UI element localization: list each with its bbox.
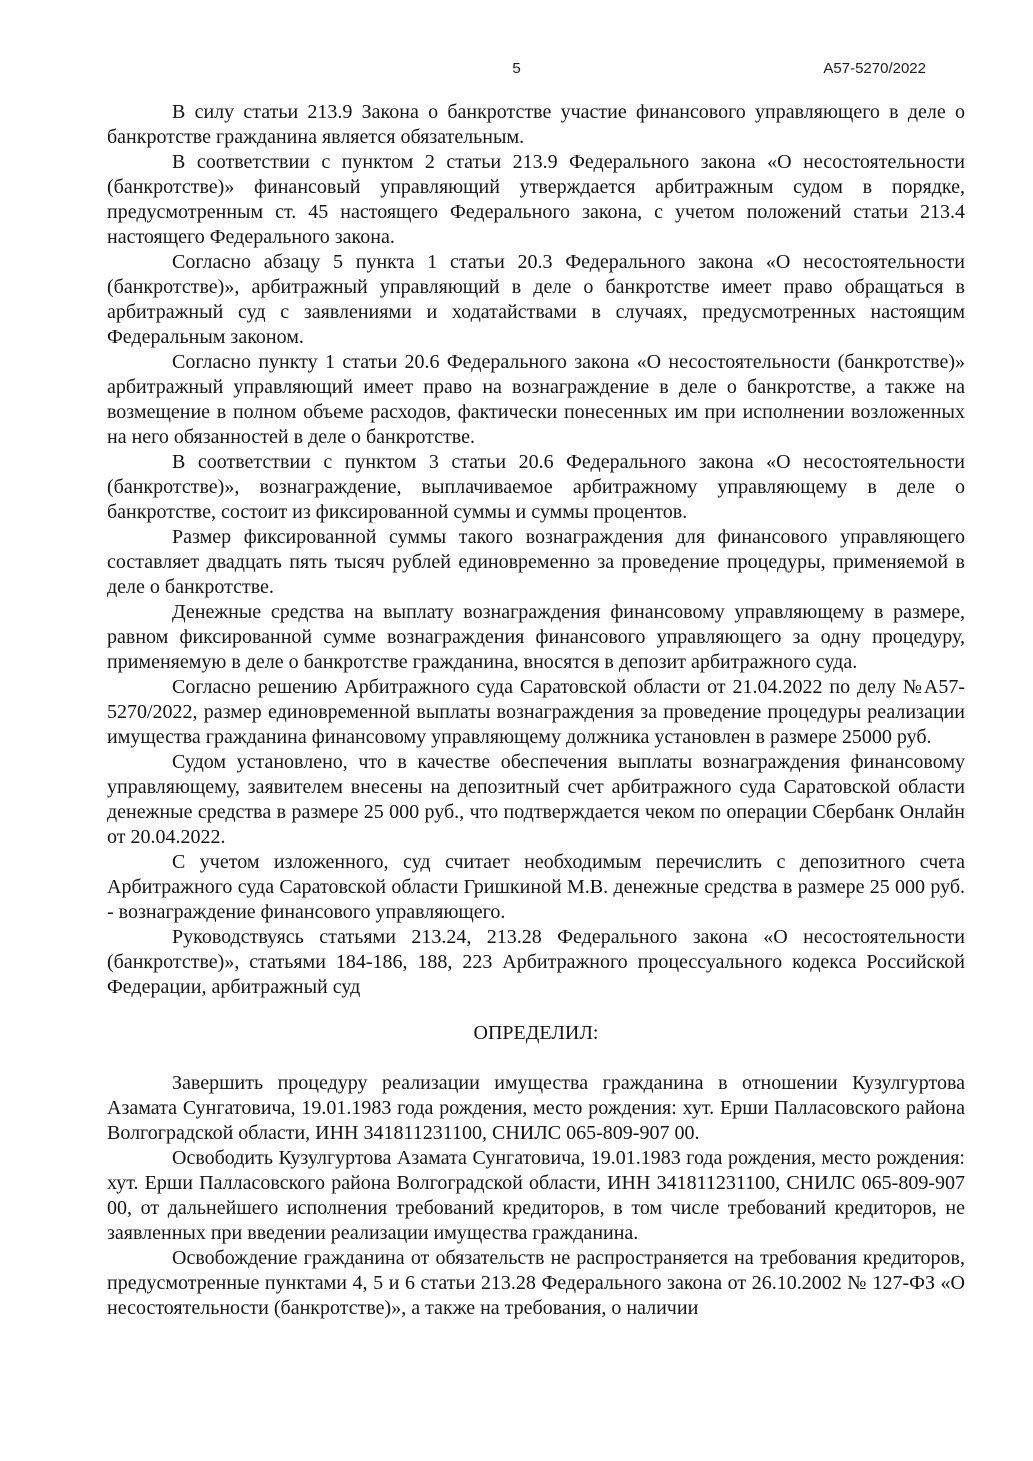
paragraph: Руководствуясь статьями 213.24, 213.28 Ф… — [107, 925, 965, 1000]
paragraph: С учетом изложенного, суд считает необхо… — [107, 850, 965, 925]
body-paragraphs: В силу статьи 213.9 Закона о банкротстве… — [107, 100, 965, 1000]
paragraph: Завершить процедуру реализации имущества… — [107, 1071, 965, 1146]
paragraph: Денежные средства на выплату вознагражде… — [107, 600, 965, 675]
document-page: 5 А57-5270/2022 В силу статьи 213.9 Зако… — [0, 0, 1033, 1461]
page-number: 5 — [512, 60, 520, 77]
paragraph: В силу статьи 213.9 Закона о банкротстве… — [107, 100, 965, 150]
paragraph: Размер фиксированной суммы такого вознаг… — [107, 525, 965, 600]
paragraph: Судом установлено, что в качестве обеспе… — [107, 750, 965, 850]
paragraph: Освобождение гражданина от обязательств … — [107, 1246, 965, 1321]
document-body: В силу статьи 213.9 Закона о банкротстве… — [107, 100, 965, 1321]
paragraph: В соответствии с пунктом 3 статьи 20.6 Ф… — [107, 450, 965, 525]
paragraph: В соответствии с пунктом 2 статьи 213.9 … — [107, 150, 965, 250]
resolution-heading: ОПРЕДЕЛИЛ: — [107, 1021, 965, 1046]
resolution-paragraphs: Завершить процедуру реализации имущества… — [107, 1071, 965, 1321]
case-number: А57-5270/2022 — [823, 60, 926, 77]
page-header: 5 А57-5270/2022 — [107, 60, 926, 80]
paragraph: Согласно пункту 1 статьи 20.6 Федерально… — [107, 350, 965, 450]
paragraph: Согласно абзацу 5 пункта 1 статьи 20.3 Ф… — [107, 250, 965, 350]
paragraph: Освободить Кузулгуртова Азамата Сунгатов… — [107, 1146, 965, 1246]
paragraph: Согласно решению Арбитражного суда Сарат… — [107, 675, 965, 750]
